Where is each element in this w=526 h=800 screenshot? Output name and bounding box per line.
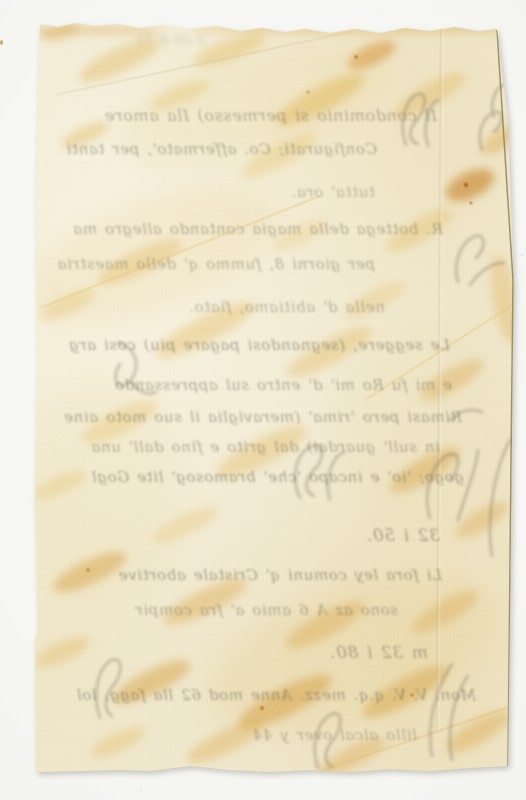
handwriting-line: per giorni 8, fummo q' dello maestria <box>57 255 375 273</box>
dust-speck <box>140 789 142 791</box>
handwriting-bleedthrough-layer: 2-26-4 75 Il condominio si permesso) Ila… <box>34 22 516 774</box>
handwriting-line: Configurati; Co. affermato', per tanti <box>66 140 377 158</box>
handwriting-line: Le seggere, (segnandosi pagare piu) cosi… <box>69 336 450 354</box>
handwriting-line: nella d' abitiamo, fiato. <box>189 298 385 316</box>
dust-speck <box>0 40 3 45</box>
handwriting-line: sono az A 6 amio a' fra compir <box>135 601 398 619</box>
handwriting-line: Li fora ley comuni q' Cristale abortive <box>118 566 442 584</box>
dust-speck <box>521 254 523 256</box>
manuscript-page-wrapper: 2-26-4 75 Il condominio si permesso) Ila… <box>34 22 516 774</box>
manuscript-page: 2-26-4 75 Il condominio si permesso) Ila… <box>34 22 516 774</box>
scan-canvas: { "document": { "type": "scanned manuscr… <box>0 0 526 800</box>
handwriting-line: 2-26-4 75 <box>135 33 205 48</box>
handwriting-line: m 32 i 80. <box>330 643 428 663</box>
handwriting-line: Mon. V. V. q.q. mezz. Anne mod 62 lla fa… <box>76 686 476 704</box>
handwriting-line: Rimasi pero 'rima' (meraviglia il suo mo… <box>64 408 462 426</box>
handwriting-line: 32 i 50. <box>366 526 440 546</box>
handwriting-line: R. bottega della magia contando allegro … <box>73 220 443 238</box>
handwriting-line: lillo alcal over y 44 <box>252 726 417 744</box>
dust-speck <box>380 10 382 12</box>
handwriting-line: in sull' guardai) dal grito e fino dall'… <box>91 438 440 456</box>
handwriting-line: e mi fu Ro mi' d' entro sul appressando <box>114 376 452 394</box>
handwriting-line: Il condominio si permesso) Ila amore <box>104 106 437 125</box>
handwriting-line: tutta' ora. <box>291 183 375 201</box>
handwriting-line: gogo; 'io' e incapo 'che' bramosog' lite… <box>91 468 464 486</box>
